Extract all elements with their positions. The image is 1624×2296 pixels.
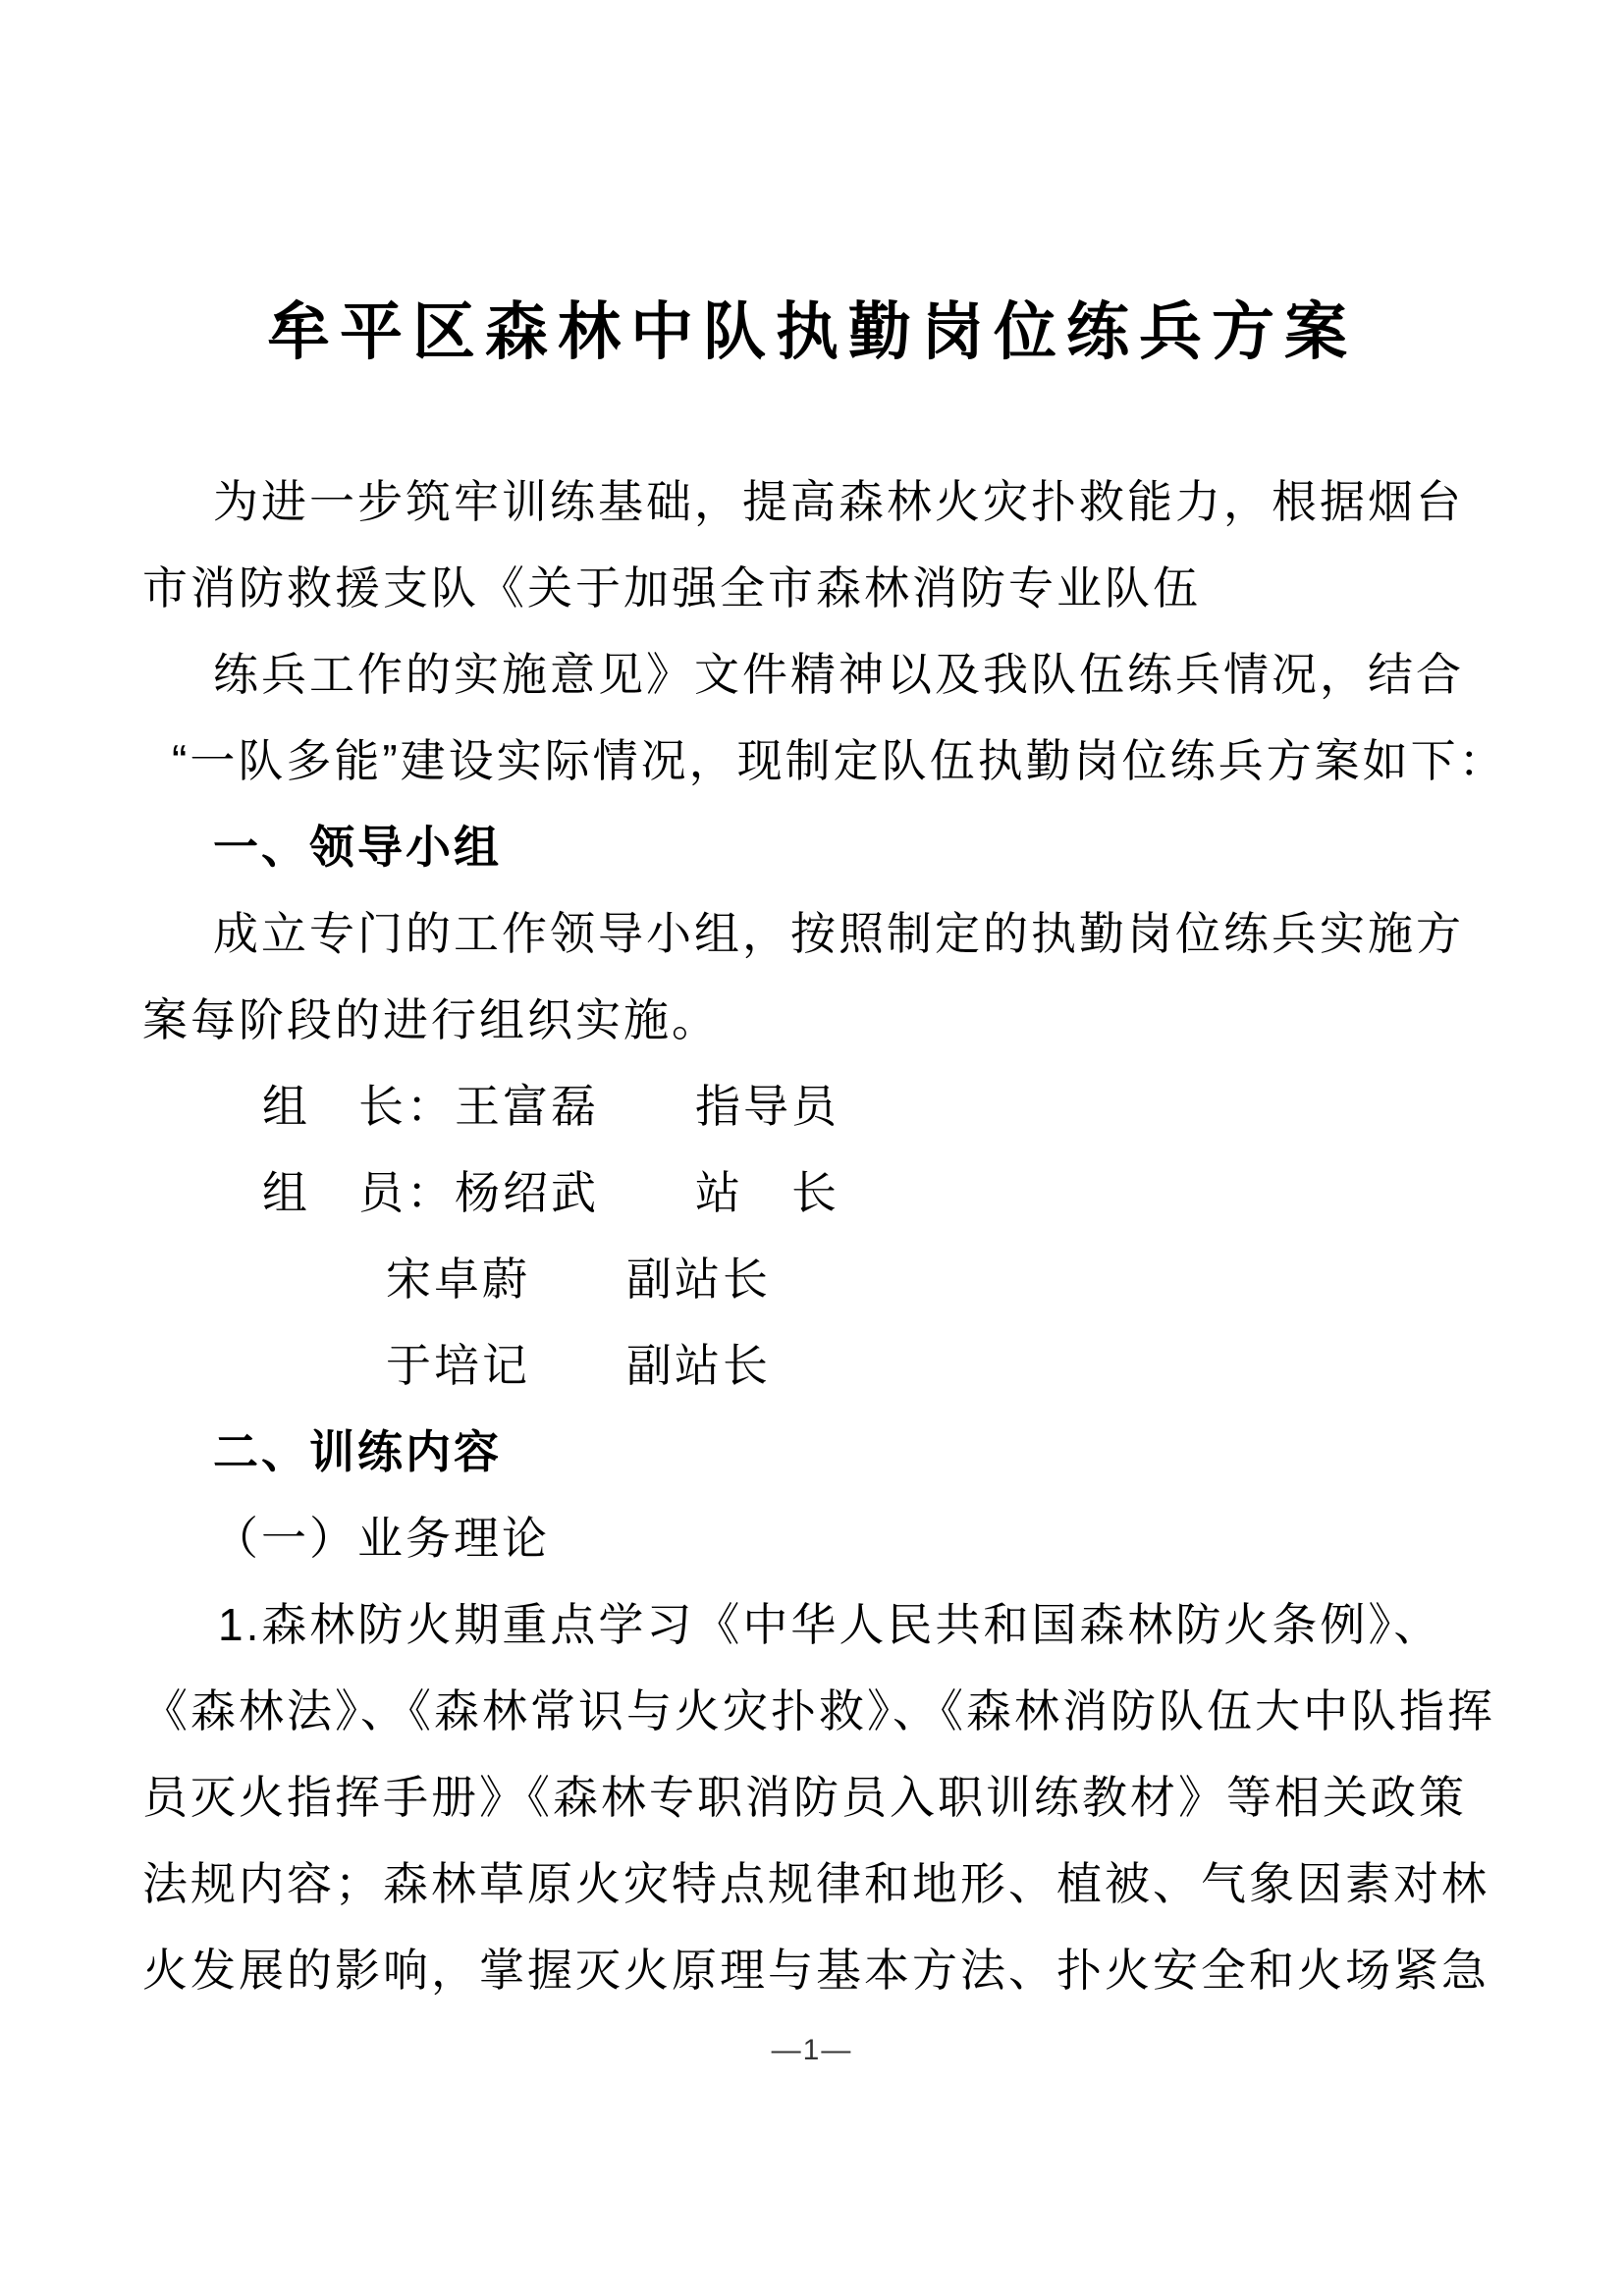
document-line: 练兵工作的实施意见》文件精神以及我队伍练兵情况，结合 — [213, 631, 1491, 718]
document-line: 案每阶段的进行组织实施。 — [142, 977, 1491, 1063]
document-line: 于培记 副站长 — [386, 1322, 1491, 1409]
document-line: 员灭火指挥手册》《森林专职消防员入职训练教材》等相关政策 — [142, 1754, 1491, 1841]
document-line: 市消防救援支队《关于加强全市森林消防专业队伍 — [142, 545, 1491, 631]
document-line: 宋卓蔚 副站长 — [386, 1236, 1491, 1322]
section-heading: 一、领导小组 — [213, 804, 1491, 890]
subsection-heading: （一）业务理论 — [213, 1495, 1491, 1581]
document-line: 法规内容；森林草原火灾特点规律和地形、植被、气象因素对林 — [142, 1841, 1491, 1927]
document-title: 牟平区森林中队执勤岗位练兵方案 — [0, 0, 1624, 370]
document-line: 《森林法》、《森林常识与火灾扑救》、《森林消防队伍大中队指挥 — [142, 1668, 1491, 1754]
document-line: 成立专门的工作领导小组，按照制定的执勤岗位练兵实施方 — [213, 890, 1491, 977]
document-page: 牟平区森林中队执勤岗位练兵方案 为进一步筑牢训练基础，提高森林火灾扑救能力，根据… — [0, 0, 1624, 2296]
document-line: 组 长：王富磊 指导员 — [262, 1063, 1491, 1149]
page-number: —1— — [0, 2034, 1624, 2067]
document-body: 为进一步筑牢训练基础，提高森林火灾扑救能力，根据烟台 市消防救援支队《关于加强全… — [0, 458, 1624, 2013]
document-line: 火发展的影响，掌握灭火原理与基本方法、扑火安全和火场紧急 — [142, 1927, 1491, 2013]
document-line: 1.森林防火期重点学习《中华人民共和国森林防火条例》、 — [218, 1581, 1491, 1668]
document-line: 组 员：杨绍武 站 长 — [262, 1149, 1491, 1236]
document-line: 为进一步筑牢训练基础，提高森林火灾扑救能力，根据烟台 — [213, 458, 1491, 545]
document-line: “一队多能”建设实际情况，现制定队伍执勤岗位练兵方案如下： — [172, 718, 1491, 804]
section-heading: 二、训练内容 — [213, 1409, 1491, 1495]
